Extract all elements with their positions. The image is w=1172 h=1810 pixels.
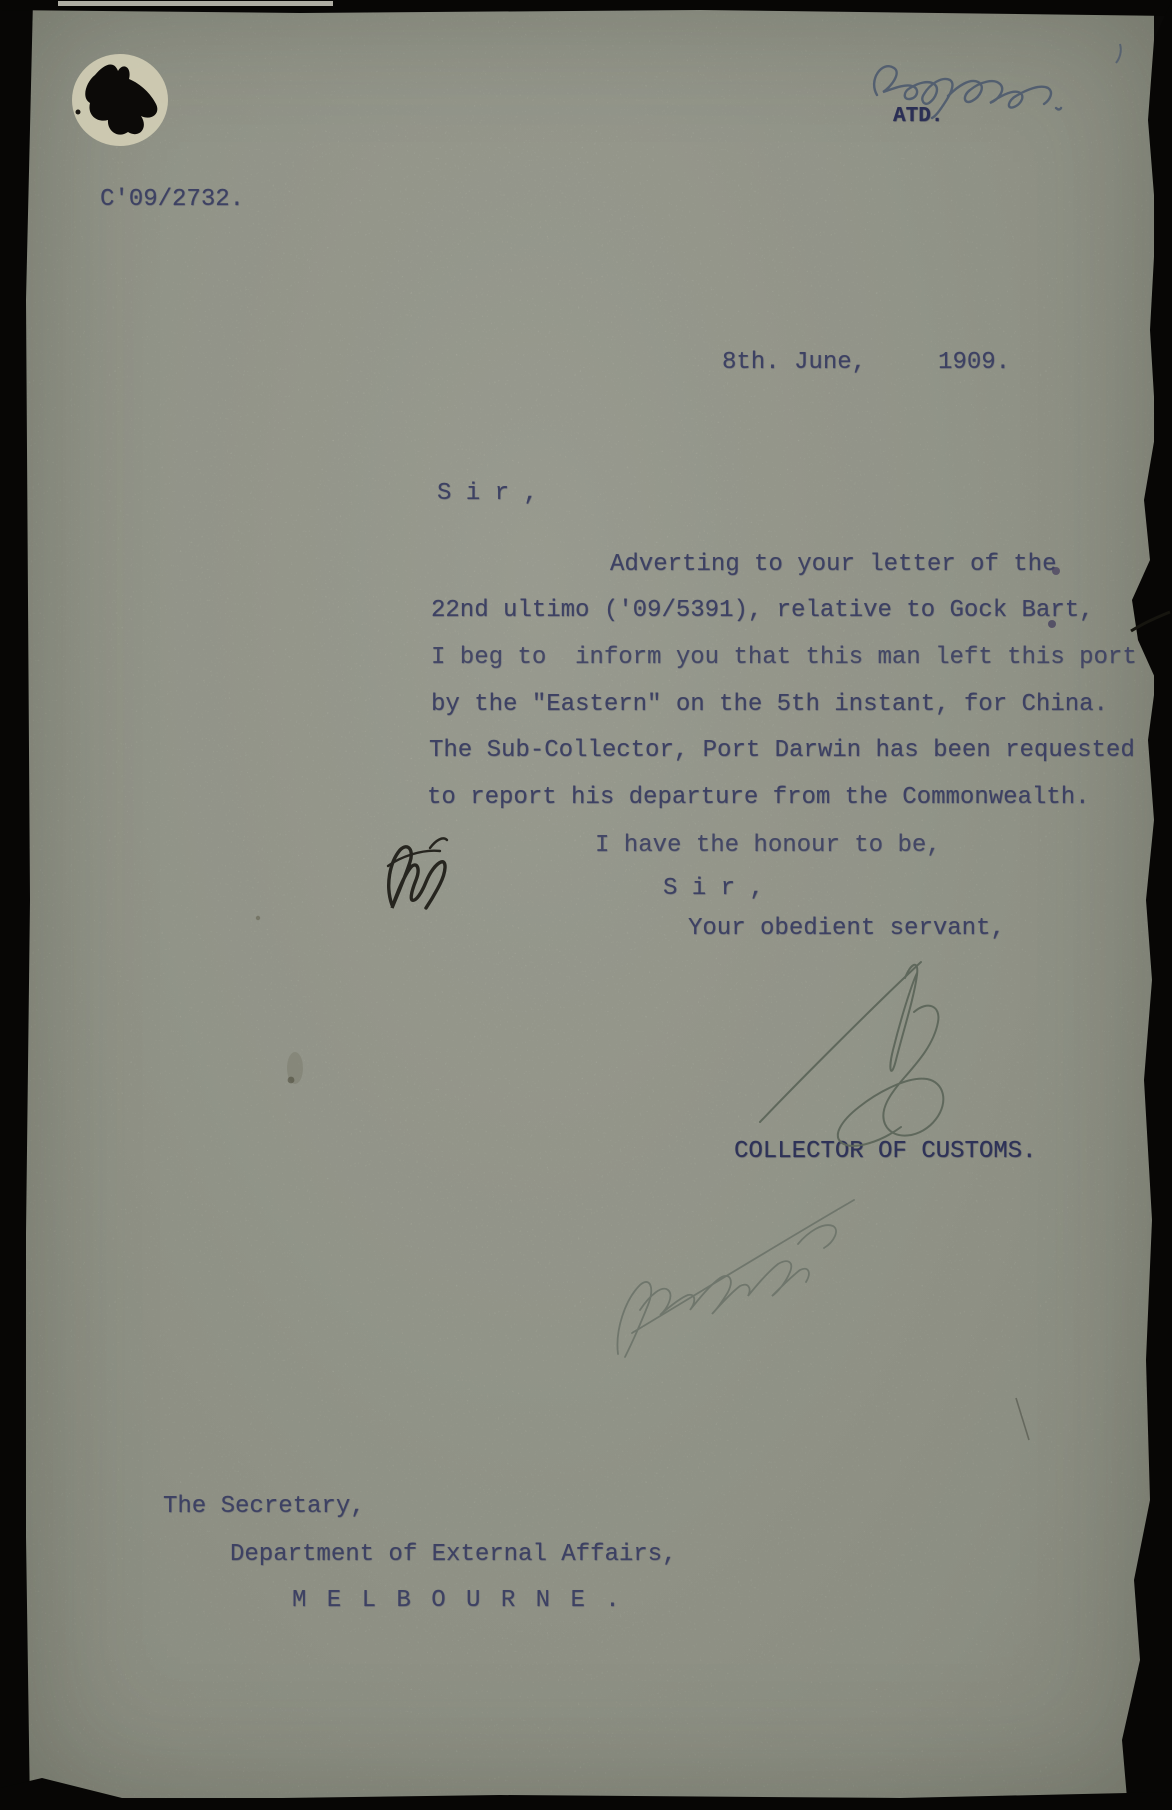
body-line: 22nd ultimo ('09/5391), relative to Gock… [431,597,1094,626]
scanned-letter-page: C'09/2732. ATD. 8th. June, 1909. S i r ,… [0,0,1172,1810]
body-line: The Sub-Collector, Port Darwin has been … [429,737,1135,766]
addressee-city: M E L B O U R N E . [292,1587,623,1616]
addressee-name: The Secretary, [163,1493,365,1522]
valediction-line: Your obedient servant, [688,915,1005,944]
received-mark: ATD. [893,104,943,129]
addressee-department: Department of External Affairs, [230,1541,676,1570]
letter-date: 8th. June, 1909. [722,349,1010,378]
valediction-line: S i r , [663,875,764,904]
file-number: C'09/2732. [100,186,244,215]
paper-grain-texture [0,0,1172,1810]
salutation: S i r , [437,480,538,509]
body-line: Adverting to your letter of the [610,551,1056,580]
body-line: to report his departure from the Commonw… [427,784,1090,813]
valediction-line: I have the honour to be, [595,832,941,861]
body-line: I beg to inform you that this man left t… [431,644,1137,673]
body-line: by the "Eastern" on the 5th instant, for… [431,691,1108,720]
signer-title: COLLECTOR OF CUSTOMS. [734,1138,1036,1167]
